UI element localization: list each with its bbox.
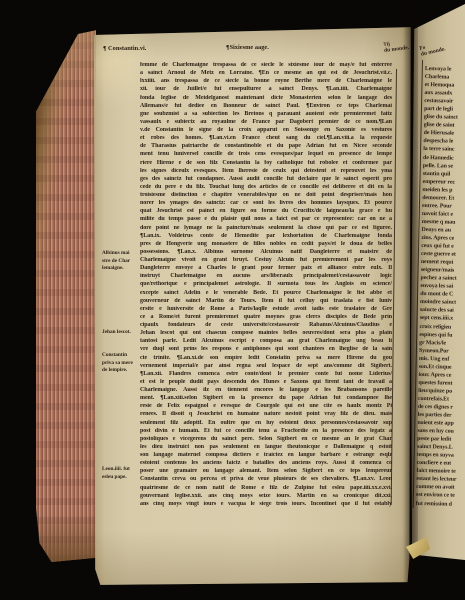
body-text-line: excepte sainct Adelin e le venerable Bed… xyxy=(140,290,392,298)
body-text-line: ans cinq moys vingt iours e vacqua le si… xyxy=(140,501,392,509)
body-text-line: ges des sainctz fut condapnee. Aussi aud… xyxy=(140,176,392,184)
body-text-line: quat Jesuchrist est painct en figure ou … xyxy=(140,208,392,216)
body-text-line: resie de Felix espaignol e evesque de Co… xyxy=(140,403,392,411)
body-text-line: pres de Hongverie ung monastere de fille… xyxy=(140,241,392,249)
body-text-line: vre duql sont prins les respons e antiph… xyxy=(140,346,392,354)
body-text-line: instruyt Charlemaigne en aucuns ars/libe… xyxy=(140,273,392,281)
body-text-line: cipaulx fondateurs de ceste universite/c… xyxy=(140,322,392,330)
header-running-title: ¶Sixiesme aage. xyxy=(226,44,269,51)
body-text-line: v.de Constantin le signe de la croix app… xyxy=(140,127,392,135)
body-text-line: de Tharasius patriarche de constantinobl… xyxy=(140,143,392,151)
margin-note-constantin: Constantin priva sa mere de lempire. xyxy=(102,352,144,375)
body-text-line: et robes des homes. ¶Lan.vi.en France ch… xyxy=(140,135,392,143)
folio-corner-label-right: Fo du monde. xyxy=(419,40,446,58)
body-text-line: ersite e luniversite de Rome a Paris/laq… xyxy=(140,306,392,314)
body-text-line: fonda leglise de Meidelganost maintenant… xyxy=(140,95,392,103)
body-text-line: lxxiiii. ans trespassa de ce siecle la b… xyxy=(140,78,392,86)
body-text-line: seulement filz adoptif. En oultre que en… xyxy=(140,420,392,428)
margin-note-jehan: Jehan lescot. xyxy=(102,329,144,337)
body-text-line: vassaulx e subiectz au royaulme de Franc… xyxy=(140,119,392,127)
margin-note-line: Leon.iiii. fut xyxy=(102,466,144,474)
right-page-sliver: Fo du monde. Lenvoya leCharlemaet Hemoqu… xyxy=(411,4,465,560)
gutter-shadow xyxy=(403,0,418,588)
body-text-line: Allemans/e fut dediee en lhonneur de sai… xyxy=(140,103,392,111)
body-text-line: cte trinite. ¶Lan.xi.de son empire ledit… xyxy=(140,355,392,363)
body-text-line: gouvernant leglise.xxii. ans cinq moys s… xyxy=(140,493,392,501)
body-text-line: milite du temps passe e du plaisir quil … xyxy=(140,216,392,224)
body-text-line: tantost parle. Ledit Alcuinus escript e … xyxy=(140,338,392,346)
body-text-line: possessions. ¶Lan.x. Albinus surnome Alc… xyxy=(140,249,392,257)
body-text-line: ment. ¶Lan.xiii.selon Sigibert en la pre… xyxy=(140,395,392,403)
body-text-line: quatriesme de ce nom natif de Rome e fil… xyxy=(140,485,392,493)
body-text-line: norer les ymages des sainctz: car ce son… xyxy=(140,200,392,208)
body-text-line: Charlemaigne vivoit en grant bruyt. Cest… xyxy=(140,257,392,265)
body-text-line: renees. Il disoit q Jesuchrist en humain… xyxy=(140,411,392,419)
body-text-line: ment tenu luniversel concille de trois c… xyxy=(140,151,392,159)
photo-of-open-book: ¶ Constantin.vi. ¶Sixiesme aage. Tij du … xyxy=(0,0,465,600)
body-text-line: Dangleterre envoye a Charles le grant po… xyxy=(140,265,392,273)
margin-note-line: lemaigne. xyxy=(102,265,144,273)
body-text-line: son langage maternel composa dictiers e … xyxy=(140,452,392,460)
body-text-line: gouverneur de sainct Martin de Tours. It… xyxy=(140,298,392,306)
margin-note-line: Albinus mai xyxy=(102,250,144,258)
body-text-line: ce a Rome/et furent premieremet quatre m… xyxy=(140,314,392,322)
header-chapter-title: ¶ Constantin.vi. xyxy=(103,45,146,52)
body-text-line: Charlemaigne. Aussi ilz en tiennent enco… xyxy=(140,387,392,395)
body-text-line: troisiesme distinction e chapitre venera… xyxy=(140,192,392,200)
body-text-line: Jehan lescot qui ont chascun compose mai… xyxy=(140,330,392,338)
left-page: ¶ Constantin.vi. ¶Sixiesme aage. Tij du … xyxy=(92,26,412,586)
margin-note-leon: Leon.iiii. fut esleu pape. xyxy=(102,466,144,481)
body-text-line: post divin e humain. Et fut ce concille … xyxy=(140,428,392,436)
right-page-text-fragments: Lenvoya leCharlemaet Hemoquaaux assaulxc… xyxy=(416,66,465,510)
body-text-line: les signes diceulx evesques. Item lheres… xyxy=(140,168,392,176)
margin-note-line: priva sa mere xyxy=(102,360,144,368)
margin-note-albinus: Albinus mai stre de Char lemaigne. xyxy=(102,250,144,273)
body-text-line: a sainct Arnoul de Metz en Lorraine. ¶En… xyxy=(140,70,392,78)
body-text-line: riere Hirene e de son filz Constantin la… xyxy=(140,160,392,168)
margin-note-line: esleu pape. xyxy=(102,474,144,482)
margin-note-line: Constantin xyxy=(102,352,144,360)
body-text-line: estoient contenus les anciens faictz e b… xyxy=(140,460,392,468)
body-text-line: les dieu instruict non pas seulement en … xyxy=(140,444,392,452)
body-text-line: xii. iour de Juillet/e fut ensepulturee … xyxy=(140,86,392,94)
book-page-edges xyxy=(36,26,96,562)
body-text-line: Constantin creva ou percea et priva de v… xyxy=(140,476,392,484)
body-text-line: poser une gramaire ou langage alemant. I… xyxy=(140,468,392,476)
body-text-line: gne soubzmist a sa subiection les Breton… xyxy=(140,111,392,119)
body-text-line: ¶Lan.xii. Flandres comenca estre conte/d… xyxy=(140,371,392,379)
margin-note-line: stre de Char xyxy=(102,258,144,266)
body-text-line: femme de Charlemaigne trespassa de ce si… xyxy=(140,62,392,70)
margin-note-line: de lempire. xyxy=(102,367,144,375)
margin-note-line: Jehan lescot. xyxy=(102,329,144,337)
body-text-line: dore point ne lymage ne la paincture/mai… xyxy=(140,225,392,233)
body-text-line: et est le peuple dudit pays descendu des… xyxy=(140,379,392,387)
body-text-line: vernement imperial/e par ainsi regna seu… xyxy=(140,363,392,371)
body-text-line: ¶Lan.ix. Voldetrus conte de Hemedite par… xyxy=(140,233,392,241)
body-text-line: postoliques e vicegerens du sainct pere.… xyxy=(140,436,392,444)
body-text-line: que/rethorique e principalemet astrologi… xyxy=(140,281,392,289)
fragment-text-line: fut remission d xyxy=(416,500,465,510)
body-text-block: femme de Charlemaigne trespassa de ce si… xyxy=(140,62,392,510)
body-text-line: cede du pere e du filz. Touchat lung des… xyxy=(140,184,392,192)
